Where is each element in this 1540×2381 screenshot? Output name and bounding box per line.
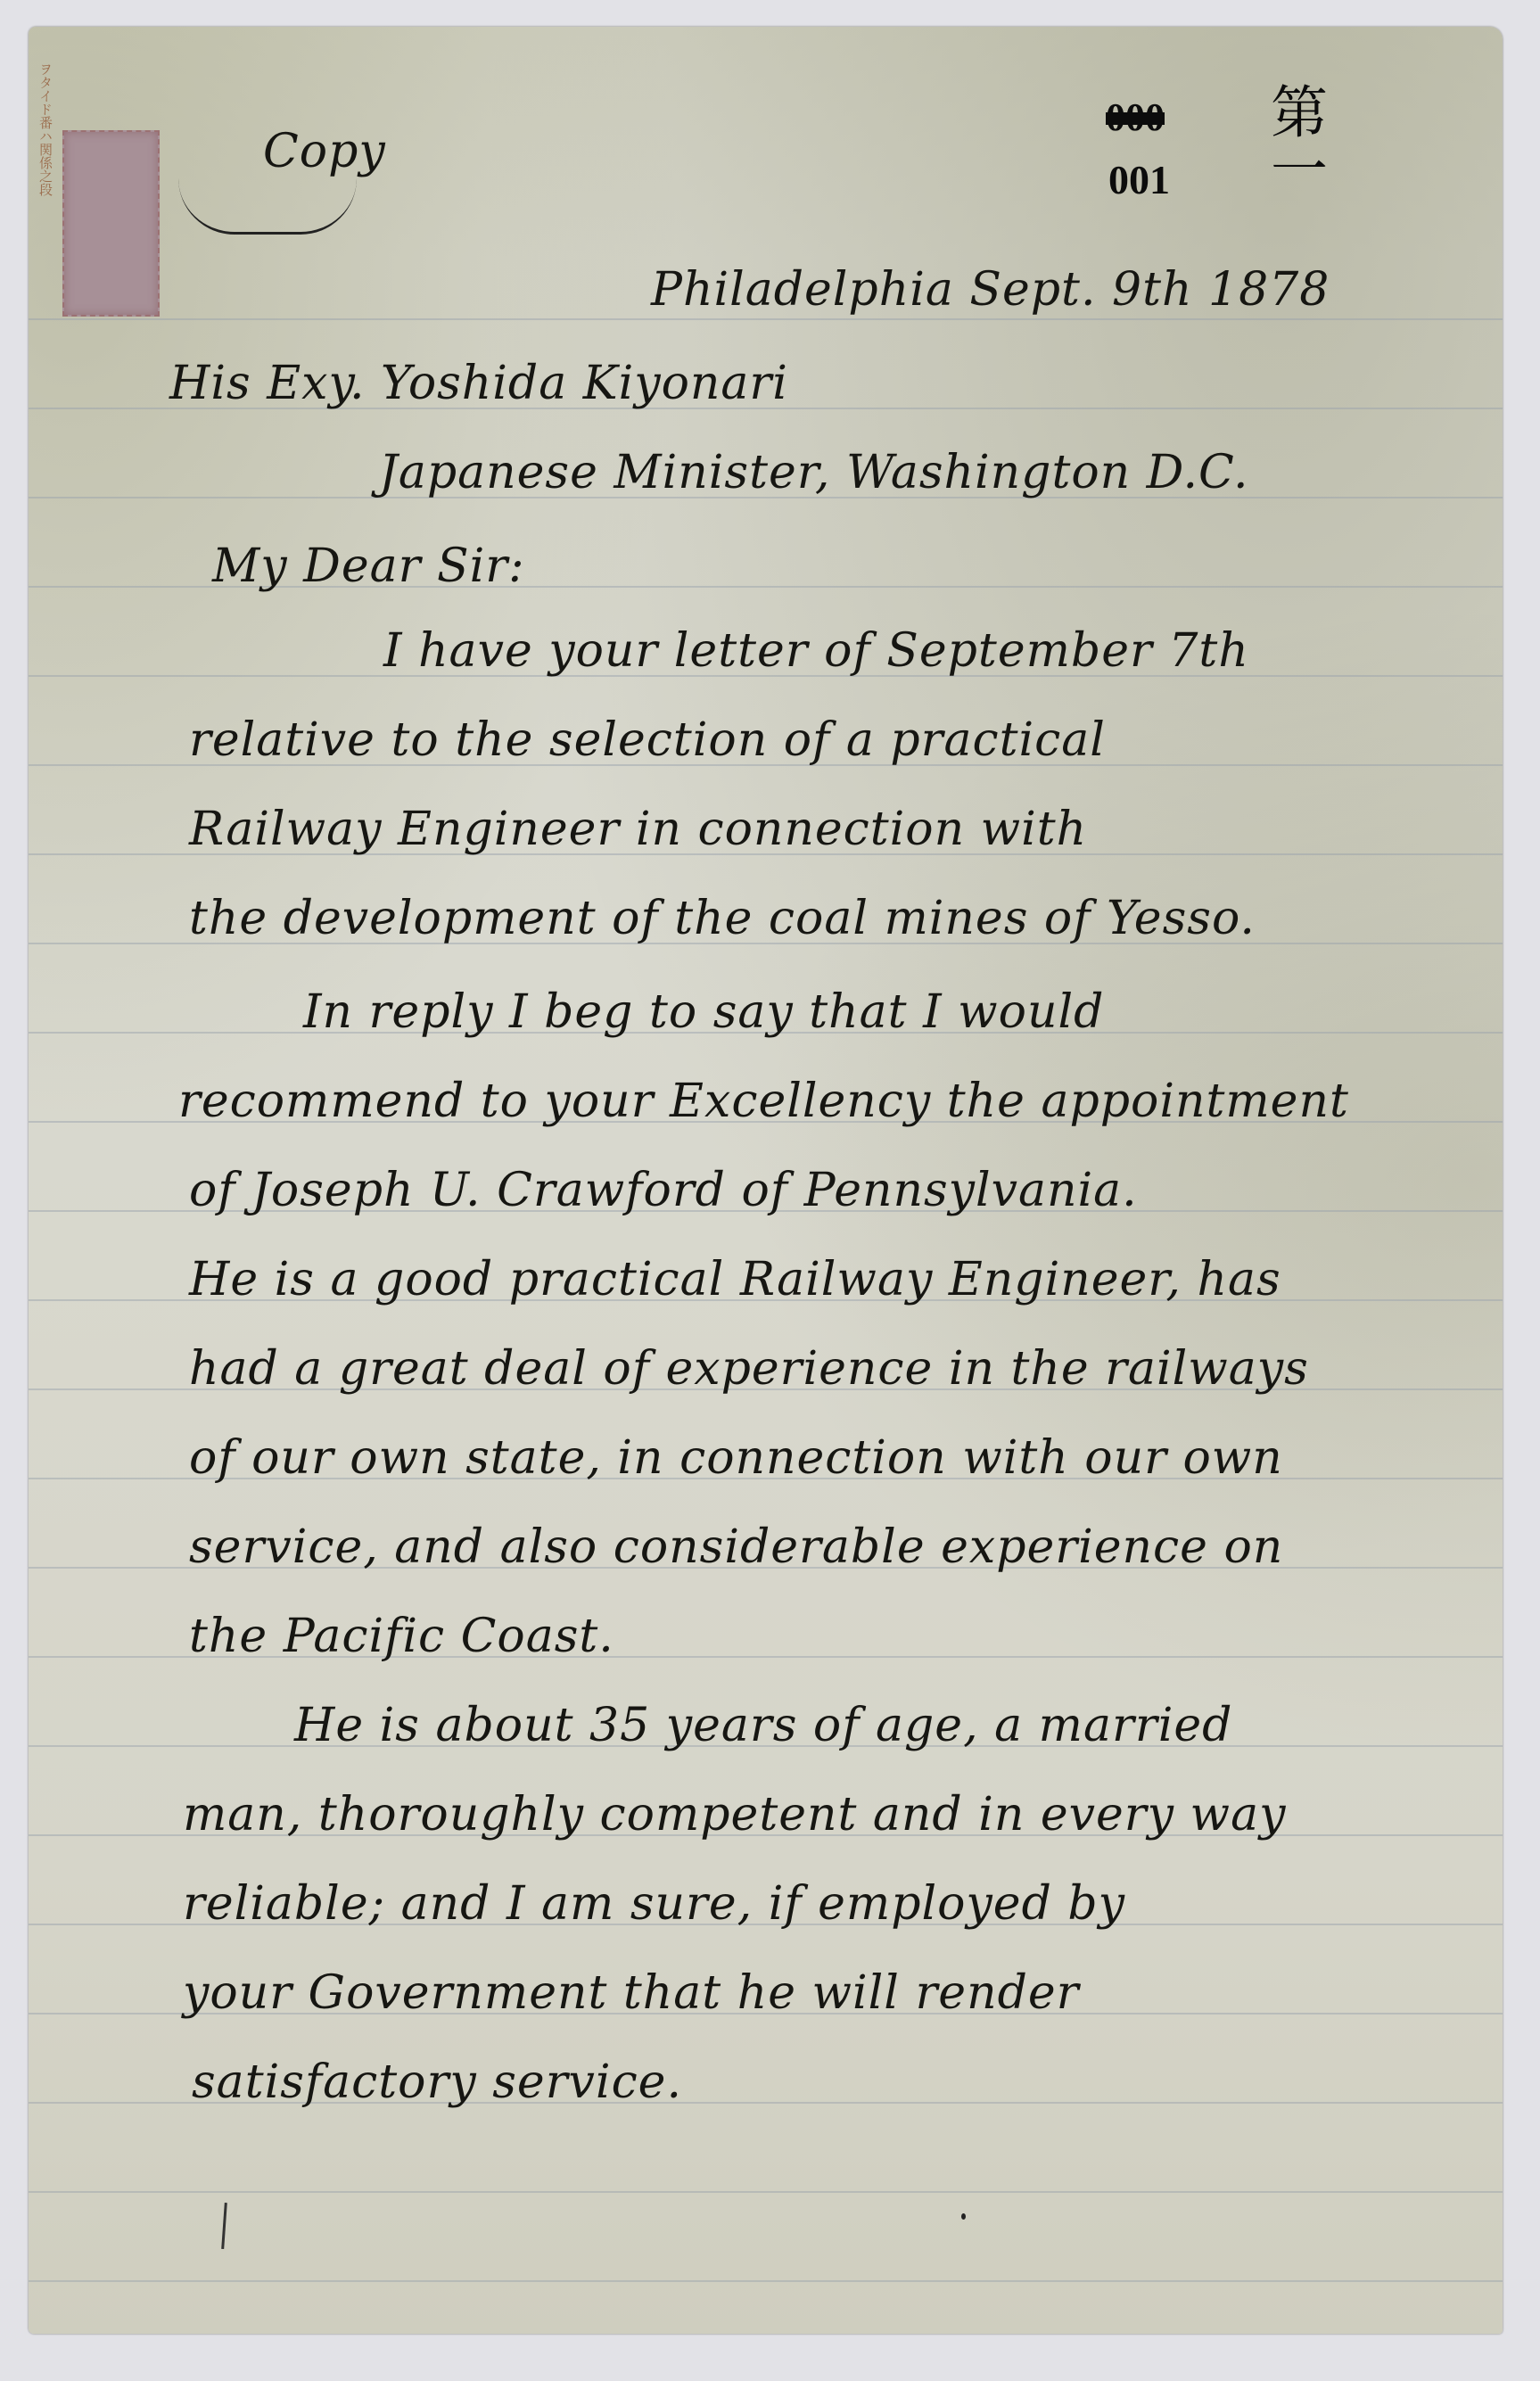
body-line: Railway Engineer in connection with <box>189 803 1087 856</box>
recipient-name: His Exy. Yoshida Kiyonari <box>169 357 788 410</box>
copy-annotation: Copy <box>263 125 386 178</box>
body-line: satisfactory service. <box>192 2056 682 2109</box>
reference-label-japanese: 第一 <box>1253 82 1335 196</box>
body-line: man, thoroughly competent and in every w… <box>183 1788 1286 1841</box>
ink-dot <box>961 2213 966 2220</box>
ruled-line <box>29 318 1503 320</box>
ruled-line <box>29 2280 1503 2282</box>
body-line: of Joseph U. Crawford of Pennsylvania. <box>189 1164 1138 1217</box>
recipient-title: Japanese Minister, Washington D.C. <box>379 446 1249 499</box>
body-line: In reply I beg to say that I would <box>303 985 1104 1039</box>
salutation: My Dear Sir: <box>212 540 525 593</box>
reference-number: 001 <box>1108 156 1170 203</box>
body-line: the development of the coal mines of Yes… <box>189 892 1256 945</box>
body-line: your Government that he will render <box>183 1966 1079 2020</box>
body-line: had a great deal of experience in the ra… <box>189 1342 1309 1396</box>
ruled-line <box>29 2191 1503 2193</box>
body-line: He is about 35 years of age, a married <box>294 1699 1232 1752</box>
body-line: service, and also considerable experienc… <box>189 1520 1283 1574</box>
body-line: of our own state, in connection with our… <box>189 1431 1283 1485</box>
body-line: relative to the selection of a practical <box>189 713 1106 767</box>
body-line: recommend to your Excellency the appoint… <box>178 1075 1349 1128</box>
body-line: I have your letter of September 7th <box>383 624 1249 678</box>
revenue-stamp <box>62 130 160 317</box>
body-line: reliable; and I am sure, if employed by <box>183 1877 1125 1931</box>
copy-swoosh-line <box>178 178 357 235</box>
body-line: He is a good practical Railway Engineer,… <box>189 1253 1281 1306</box>
struck-reference-number: 000 <box>1106 95 1165 140</box>
margin-note-japanese: ヲタイド番ハ関係之段 <box>34 62 54 196</box>
place-date: Philadelphia Sept. 9th 1878 <box>651 263 1330 317</box>
body-line: the Pacific Coast. <box>189 1610 614 1663</box>
